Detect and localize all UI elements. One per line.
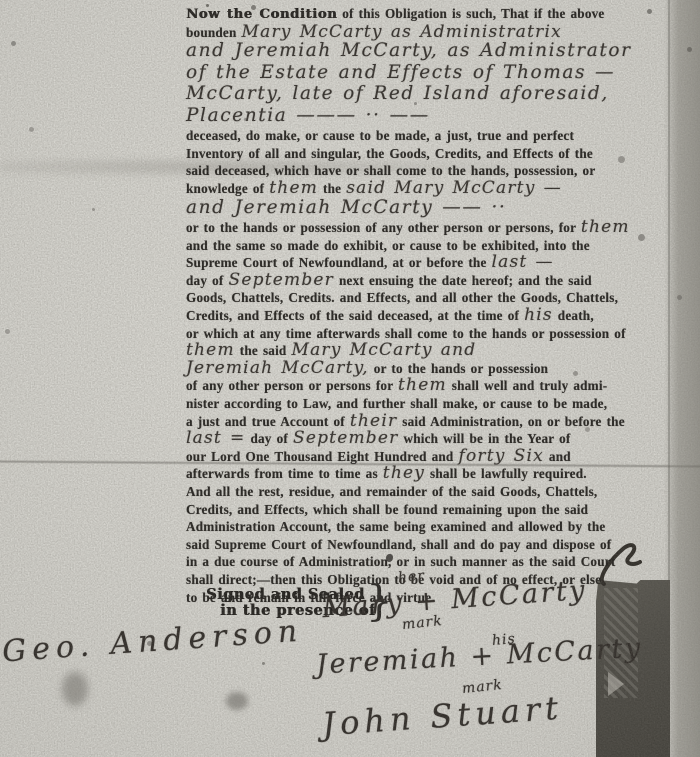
printed-text: And all the rest, residue, and remainder… — [186, 484, 597, 499]
printed-text: Inventory of all and singular, the Goods… — [186, 146, 593, 161]
printed-text: of this Obligation is such, That if the … — [337, 6, 604, 21]
document-line: of any other person or persons for them … — [186, 377, 662, 395]
printed-text: said Administration, on or before the — [397, 414, 625, 429]
handwritten-text: them — [581, 217, 630, 237]
document-line: a just and true Account of their said Ad… — [186, 413, 662, 431]
printed-text: or which at any time afterwards shall co… — [186, 326, 626, 341]
printed-text: Credits, and Effects of the said decease… — [186, 308, 524, 323]
printed-text: which will be in the Year of — [398, 431, 570, 446]
printed-text: Goods, Chattels, Credits. and Effects, a… — [186, 290, 618, 305]
stain-spot — [226, 692, 248, 710]
document-line: last = day of September which will be in… — [186, 430, 662, 448]
printed-text: the said — [235, 343, 292, 358]
handwritten-text: forty Six — [458, 446, 543, 466]
handwritten-text: and Jeremiah McCarty —— ·· — [186, 197, 506, 218]
handwritten-text: and Jeremiah McCarty, as Administrator — [186, 40, 632, 61]
witness-signature: Geo. Anderson — [1, 614, 304, 670]
document-line: Administration Account, the same being e… — [186, 518, 662, 536]
document-line: Goods, Chattels, Credits. and Effects, a… — [186, 289, 662, 307]
document-line: and the same so made do exhibit, or caus… — [186, 237, 662, 255]
scanned-document-page: Now the Condition of this Obligation is … — [0, 0, 700, 757]
printed-text: day of — [186, 273, 229, 288]
mary-mark-label: mark — [401, 613, 443, 633]
printed-text: of any other person or persons for — [186, 378, 398, 393]
handwritten-text: of the Estate and Effects of Thomas — — [186, 62, 615, 83]
printed-text: bounden — [186, 25, 242, 40]
document-line: Credits, and Effects of the said decease… — [186, 307, 662, 325]
printed-text: death, — [553, 308, 594, 323]
printed-text: a just and true Account of — [186, 414, 350, 429]
document-line: Inventory of all and singular, the Goods… — [186, 145, 662, 163]
printed-text: and the same so made do exhibit, or caus… — [186, 238, 590, 253]
dust-specks — [0, 0, 3, 3]
printed-text: shall well and truly admi- — [447, 378, 608, 393]
printed-text: next ensuing the date hereof; and the sa… — [334, 273, 592, 288]
mary-her-label: her — [397, 568, 425, 586]
handwritten-text: Mary McCarty as Administratrix — [242, 22, 562, 42]
printed-text: said deceased, which have or shall come … — [186, 163, 595, 178]
printed-text: in a due course of Administration, or in… — [186, 554, 615, 569]
printed-text: day of — [245, 431, 293, 446]
document-line: day of September next ensuing the date h… — [186, 272, 662, 290]
binding-light-triangle — [608, 672, 624, 696]
document-line: and Jeremiah McCarty, as Administrator — [186, 41, 662, 63]
handwritten-text: them — [398, 375, 447, 395]
document-line: said Supreme Court of Newfoundland, shal… — [186, 536, 662, 554]
printed-text: or to the hands or possession — [369, 361, 548, 376]
printed-text: Supreme Court of Newfoundland, at or bef… — [186, 255, 492, 270]
document-line: McCarty, late of Red Island aforesaid, — [186, 84, 662, 106]
printed-text: our Lord One Thousand Eight Hundred and — [186, 449, 458, 464]
printed-text: shall be lawfully required. — [425, 466, 587, 481]
document-line: deceased, do make, or cause to be made, … — [186, 127, 662, 145]
document-line: afterwards from time to time as they sha… — [186, 465, 662, 483]
document-line: Placentia ——— ·· —— — [186, 106, 662, 128]
printed-text: afterwards from time to time as — [186, 466, 383, 481]
document-line: And all the rest, residue, and remainder… — [186, 483, 662, 501]
printed-text: the — [318, 181, 346, 196]
document-line: knowledge of them the said Mary McCarty … — [186, 180, 662, 198]
printed-text: and — [544, 449, 571, 464]
handwritten-text: Jeremiah McCarty, — [186, 358, 369, 378]
handwritten-text: last = — [186, 428, 245, 448]
handwritten-text: Placentia ——— ·· —— — [186, 105, 430, 126]
document-line: and Jeremiah McCarty —— ·· — [186, 198, 662, 220]
printed-text: deceased, do make, or cause to be made, … — [186, 128, 574, 143]
handwritten-text: September — [293, 428, 398, 448]
document-line: or to the hands or possession of any oth… — [186, 219, 662, 237]
document-line: nister according to Law, and further sha… — [186, 395, 662, 413]
printed-text: or to the hands or possession of any oth… — [186, 220, 581, 235]
handwritten-text: his — [524, 305, 553, 325]
document-line: Credits, and Effects, which shall be fou… — [186, 501, 662, 519]
printed-text: said Supreme Court of Newfoundland, shal… — [186, 537, 611, 552]
handwritten-text: they — [383, 463, 425, 483]
handwritten-text: last — — [492, 252, 554, 272]
document-body: Now the Condition of this Obligation is … — [186, 5, 662, 606]
document-line: bounden Mary McCarty as Administratrix — [186, 24, 662, 42]
blackletter-text: Now the Condition — [186, 7, 337, 22]
printed-text: nister according to Law, and further sha… — [186, 396, 607, 411]
printed-text: Credits, and Effects, which shall be fou… — [186, 502, 588, 517]
handwritten-text: September — [229, 270, 334, 290]
handwritten-text: McCarty, late of Red Island aforesaid, — [186, 83, 609, 104]
printed-text: knowledge of — [186, 181, 269, 196]
stain-spot — [62, 672, 88, 706]
jeremiah-mccarty-signature: Jeremiah + McCarty — [315, 632, 643, 680]
document-line: of the Estate and Effects of Thomas — — [186, 63, 662, 85]
printed-text: Administration Account, the same being e… — [186, 519, 605, 534]
handwritten-text: said Mary McCarty — — [346, 178, 562, 198]
handwritten-text: them — [269, 178, 318, 198]
clerk-signature: John Stuart — [321, 689, 564, 744]
